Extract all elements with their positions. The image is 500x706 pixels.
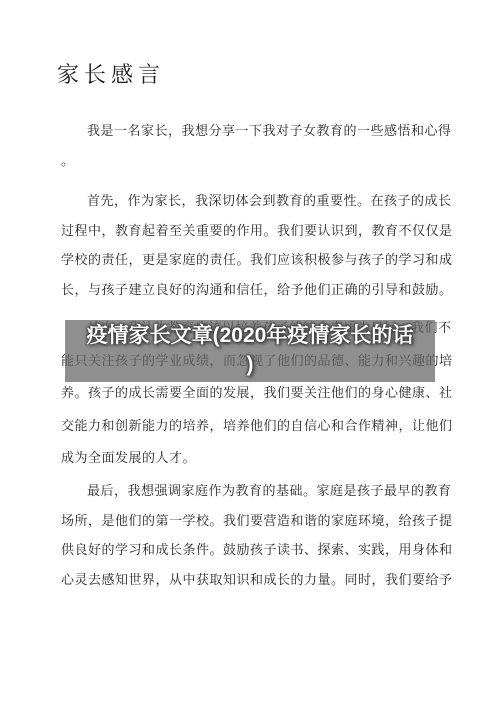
paragraph-intro: 我是一名家长，我想分享一下我对子女教育的一些感悟和心得 。 <box>61 116 439 176</box>
text-line: 长，与孩子建立良好的沟通和信任，给予他们正确的引导和鼓励。 <box>61 275 439 305</box>
text-line: 心灵去感知世界，从中获取知识和成长的力量。同时，我们要给予 <box>61 565 439 595</box>
text-line: 成为全面发展的人才。 <box>61 442 439 475</box>
text-line: 场所，是他们的第一学校。我们要营造和谐的家庭环境，给孩子提 <box>61 506 439 536</box>
paragraph-first-point: 首先，作为家长，我深切体会到教育的重要性。在孩子的成长 过程中，教育起着至关重要… <box>61 186 439 304</box>
text-line: 最后，我想强调家庭作为教育的基础。家庭是孩子最早的教育 <box>61 476 439 506</box>
text-line: 首先，作为家长，我深切体会到教育的重要性。在孩子的成长 <box>61 186 439 216</box>
document-page: 家长感言 我是一名家长，我想分享一下我对子女教育的一些感悟和心得 。 首先，作为… <box>0 0 500 706</box>
watermark-title-line: ) <box>247 350 254 379</box>
text-line: 我是一名家长，我想分享一下我对子女教育的一些感悟和心得 <box>61 116 439 146</box>
text-line: 过程中，教育起着至关重要的作用。我们要认识到，教育不仅仅是 <box>61 216 439 246</box>
text-line: 供良好的学习和成长条件。鼓励孩子读书、探索、实践，用身体和 <box>61 535 439 565</box>
text-line: 。 <box>61 146 439 176</box>
watermark-banner: 疫情家长文章(2020年疫情家长的话 ) <box>65 320 435 382</box>
paragraph-last-point: 最后，我想强调家庭作为教育的基础。家庭是孩子最早的教育 场所，是他们的第一学校。… <box>61 476 439 594</box>
text-line: 交能力和创新能力的培养，培养他们的自信心和合作精神，让他们 <box>61 410 439 443</box>
text-line: 学校的责任，更是家庭的责任。我们应该积极参与孩子的学习和成 <box>61 245 439 275</box>
document-title: 家长感言 <box>57 58 165 89</box>
watermark-title-line: 疫情家长文章(2020年疫情家长的话 <box>87 321 414 350</box>
